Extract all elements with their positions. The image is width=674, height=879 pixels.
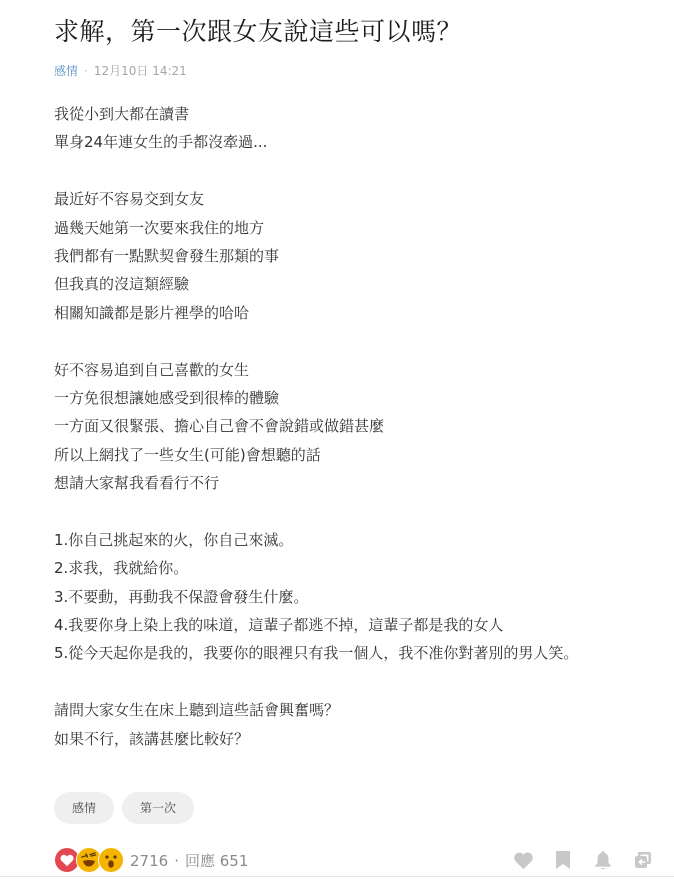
bookmark-icon	[555, 850, 571, 870]
content-line: 單身24年連女生的手都沒牽過...	[54, 128, 654, 156]
reaction-summary[interactable]	[54, 847, 124, 873]
content-line: 1.你自己挑起來的火，你自己來滅。	[54, 526, 654, 554]
post-stats: 2716·回應 651	[130, 850, 248, 871]
content-line: 想請大家幫我看看行不行	[54, 469, 654, 497]
reply-count: 651	[220, 852, 249, 870]
content-line: 如果不行，該講甚麼比較好？	[54, 725, 654, 753]
bell-icon	[594, 850, 612, 871]
bookmark-button[interactable]	[552, 849, 574, 871]
content-line: 但我真的沒這類經驗	[54, 270, 654, 298]
post-title: 求解，第一次跟女友說這些可以嗎？	[54, 14, 462, 50]
like-button[interactable]	[512, 849, 534, 871]
reply-label: 回應	[185, 852, 215, 870]
paragraph-gap	[54, 157, 654, 185]
content-line: 我們都有一點默契會發生那類的事	[54, 242, 654, 270]
stats-separator: ·	[174, 852, 179, 870]
content-line: 過幾天她第一次要來我住的地方	[54, 214, 654, 242]
content-line: 請問大家女生在床上聽到這些話會興奮嗎？	[54, 696, 654, 724]
tag-chip[interactable]: 感情	[54, 792, 114, 824]
heart-icon	[513, 851, 534, 870]
post-meta: 感情·12月10日 14:21	[54, 62, 187, 80]
content-line: 相關知識都是影片裡學的哈哈	[54, 299, 654, 327]
paragraph-gap	[54, 497, 654, 525]
content-line: 好不容易追到自己喜歡的女生	[54, 356, 654, 384]
meta-separator: ·	[84, 64, 88, 78]
content-line: 2.求我，我就給你。	[54, 554, 654, 582]
content-line: 3.不要動，再動我不保證會發生什麼。	[54, 583, 654, 611]
footer-divider	[0, 876, 674, 877]
surprised-reaction-icon	[98, 847, 124, 873]
content-line: 我從小到大都在讀書	[54, 100, 654, 128]
content-line: 最近好不容易交到女友	[54, 185, 654, 213]
paragraph-gap	[54, 327, 654, 355]
post-content: 我從小到大都在讀書 單身24年連女生的手都沒牽過... 最近好不容易交到女友 過…	[54, 100, 654, 753]
content-line: 一方面又很緊張、擔心自己會不會說錯或做錯甚麼	[54, 412, 654, 440]
content-line: 4.我要你身上染上我的味道，這輩子都逃不掉，這輩子都是我的女人	[54, 611, 654, 639]
tag-list: 感情 第一次	[54, 792, 194, 824]
content-line: 所以上網找了一些女生(可能)會想聽的話	[54, 441, 654, 469]
content-line: 一方免很想讓她感受到很棒的體驗	[54, 384, 654, 412]
follow-notification-button[interactable]	[592, 849, 614, 871]
share-icon	[633, 850, 653, 870]
forum-link[interactable]: 感情	[54, 64, 78, 78]
share-button[interactable]	[632, 849, 654, 871]
post-actions	[512, 849, 654, 871]
post-footer: 2716·回應 651	[54, 845, 654, 875]
content-line: 5.從今天起你是我的，我要你的眼裡只有我一個人，我不准你對著別的男人笑。	[54, 639, 654, 667]
like-count: 2716	[130, 852, 168, 870]
paragraph-gap	[54, 668, 654, 696]
post-article: 求解，第一次跟女友說這些可以嗎？ 感情·12月10日 14:21 我從小到大都在…	[0, 0, 674, 879]
tag-chip[interactable]: 第一次	[122, 792, 194, 824]
post-timestamp: 12月10日 14:21	[94, 64, 187, 78]
